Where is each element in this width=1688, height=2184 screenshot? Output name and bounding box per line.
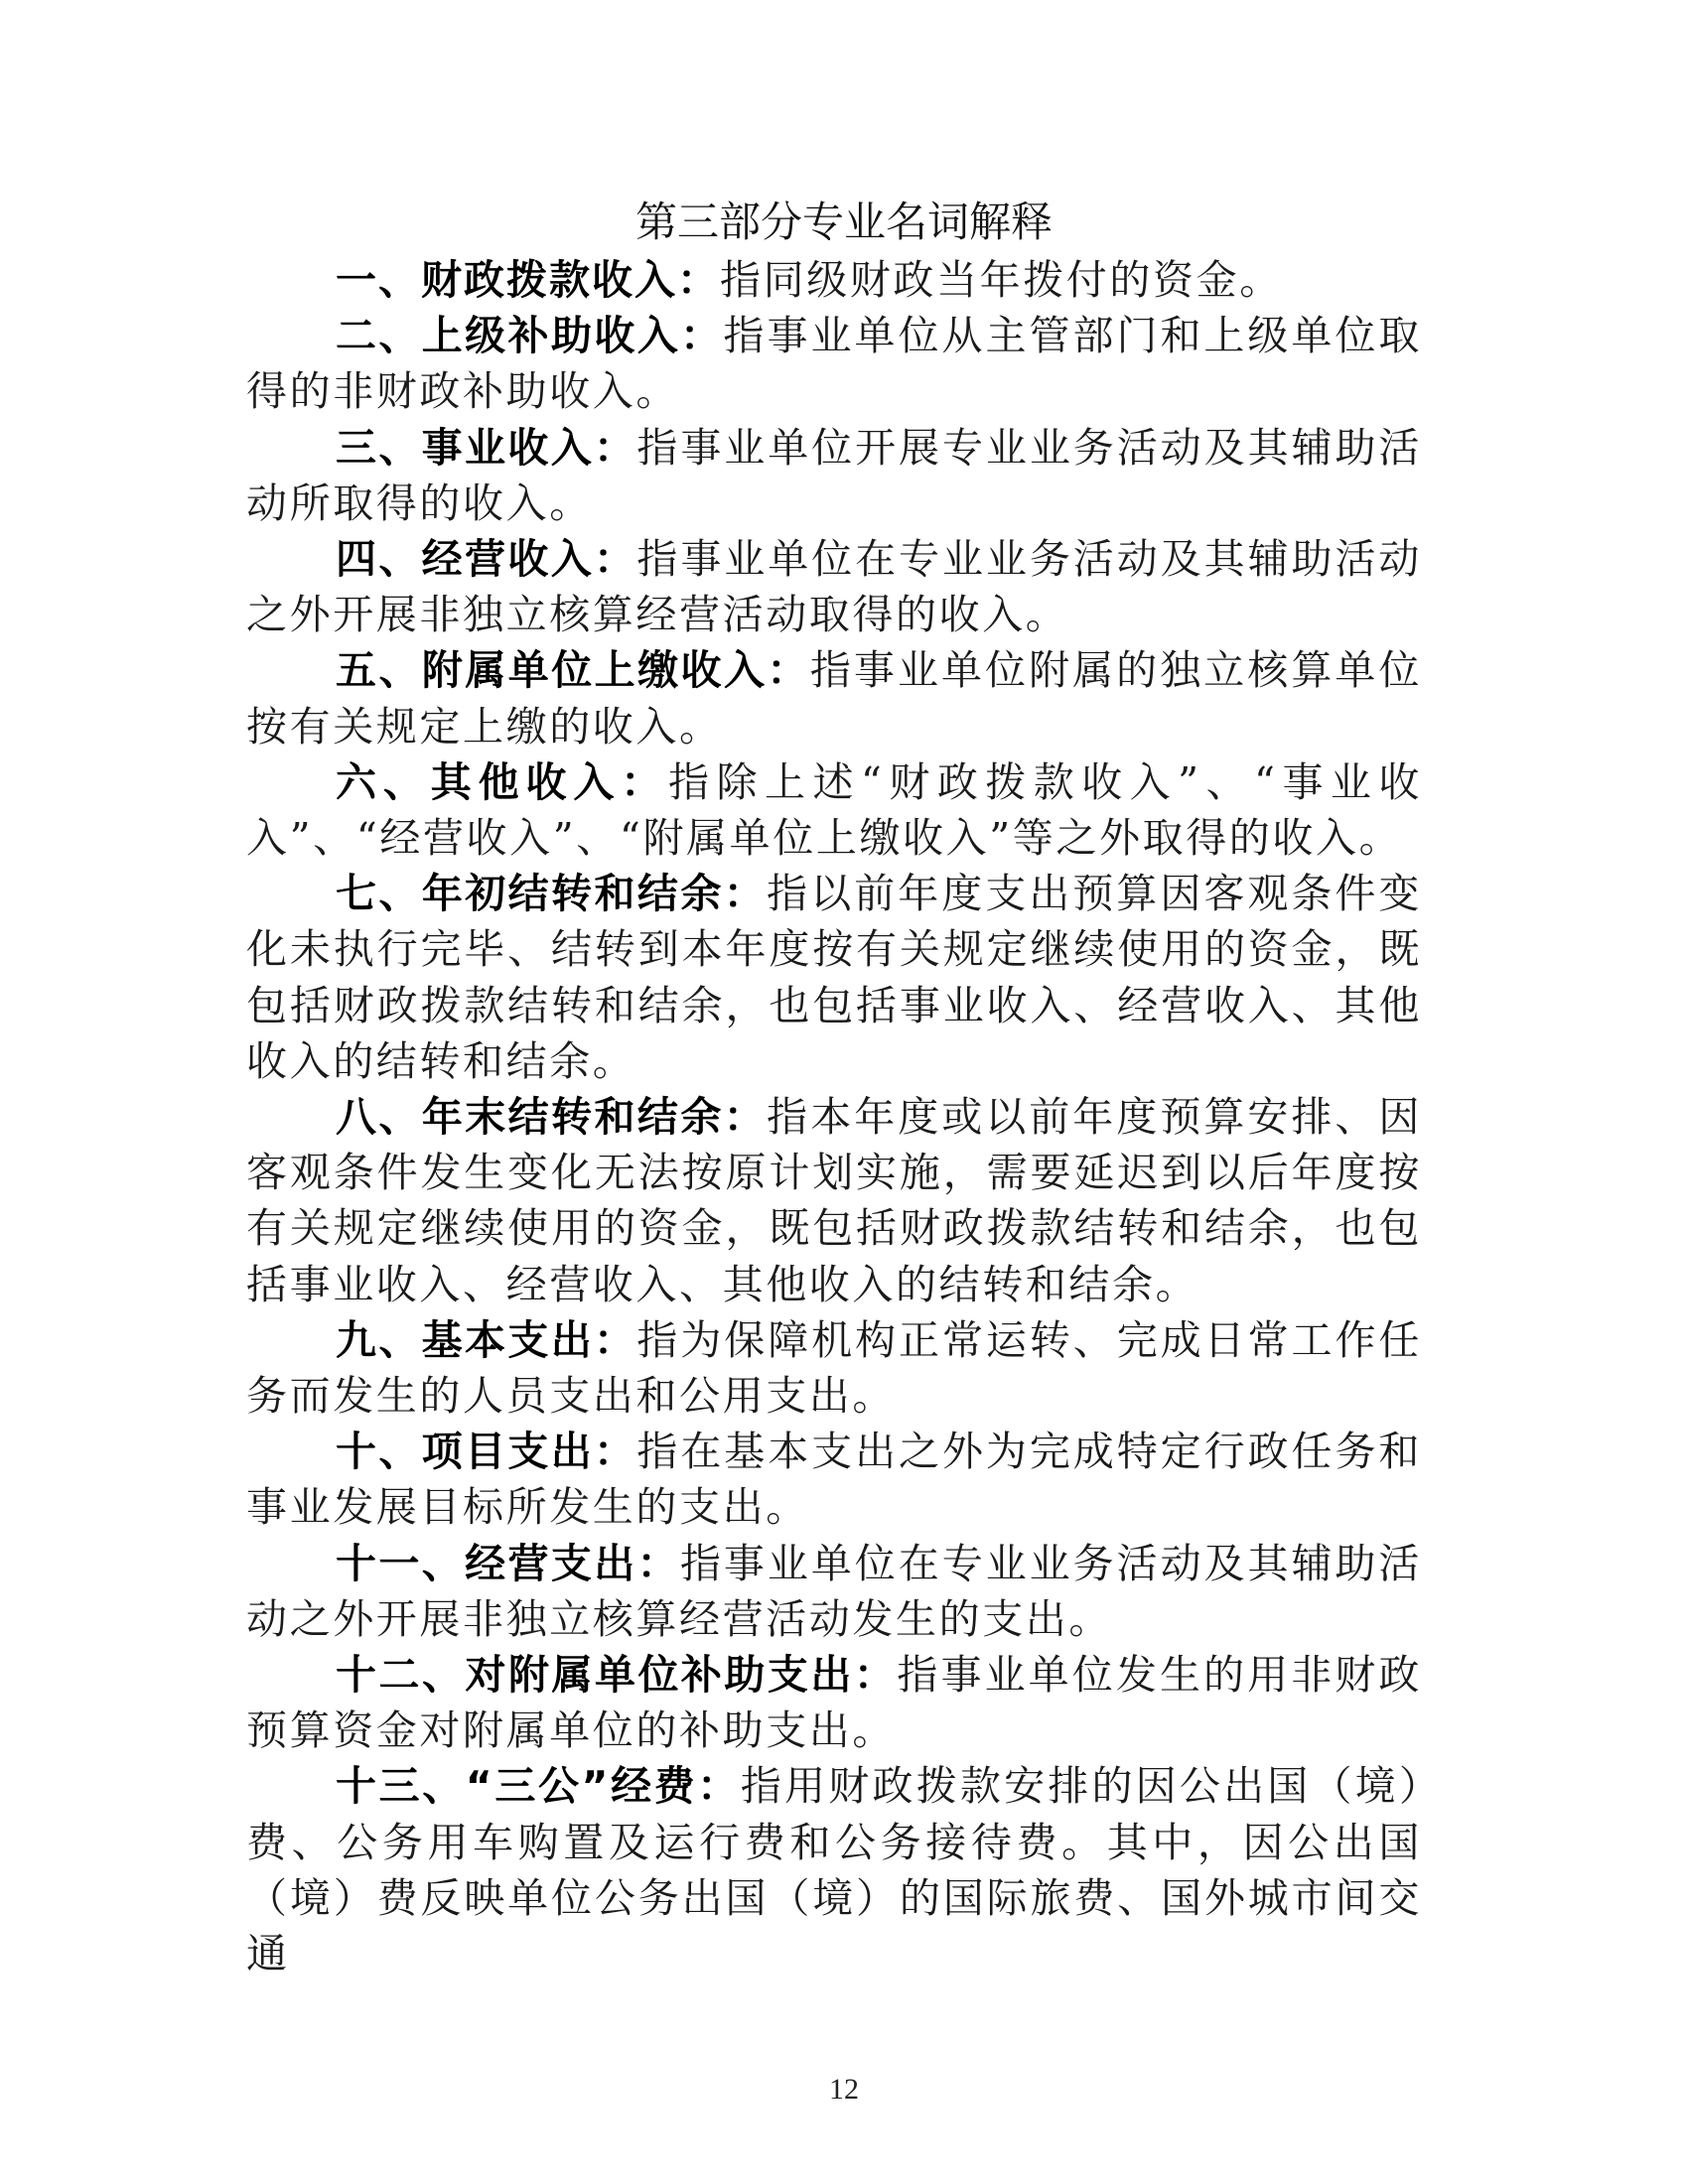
definition-paragraph: 十二、对附属单位补助支出：指事业单位发生的用非财政预算资金对附属单位的补助支出。 <box>246 1647 1422 1758</box>
definition-term: 五、附属单位上缴收入： <box>336 646 810 694</box>
definition-term: 八、年末结转和结余： <box>336 1093 767 1141</box>
page-title: 第三部分专业名词解释 <box>0 195 1688 250</box>
definition-paragraph: 七、年初结转和结余：指以前年度支出预算因客观条件变化未执行完毕、结转到本年度按有… <box>246 866 1422 1089</box>
definition-paragraph: 十、项目支出：指在基本支出之外为完成特定行政任务和事业发展目标所发生的支出。 <box>246 1424 1422 1535</box>
page-number: 12 <box>0 2073 1688 2107</box>
document-page: 第三部分专业名词解释 一、财政拨款收入：指同级财政当年拨付的资金。 二、上级补助… <box>0 0 1688 2184</box>
definition-paragraph: 九、基本支出：指为保障机构正常运转、完成日常工作任务而发生的人员支出和公用支出。 <box>246 1312 1422 1424</box>
definition-term: 四、经营收入： <box>336 535 636 583</box>
definition-paragraph: 十三、“三公”经费：指用财政拨款安排的因公出国（境）费、公务用车购置及运行费和公… <box>246 1758 1422 1981</box>
definition-paragraph: 二、上级补助收入：指事业单位从主管部门和上级单位取得的非财政补助收入。 <box>246 308 1422 419</box>
definition-term: 十、项目支出： <box>336 1428 636 1475</box>
definitions-body: 一、财政拨款收入：指同级财政当年拨付的资金。 二、上级补助收入：指事业单位从主管… <box>246 252 1422 1981</box>
definition-paragraph: 三、事业收入：指事业单位开展专业业务活动及其辅助活动所取得的收入。 <box>246 420 1422 531</box>
definition-term: 二、上级补助收入： <box>336 312 724 359</box>
definition-paragraph: 四、经营收入：指事业单位在专业业务活动及其辅助活动之外开展非独立核算经营活动取得… <box>246 531 1422 642</box>
definition-term: 九、基本支出： <box>336 1316 636 1364</box>
definition-paragraph: 八、年末结转和结余：指本年度或以前年度预算安排、因客观条件发生变化无法按原计划实… <box>246 1089 1422 1312</box>
definition-paragraph: 五、附属单位上缴收入：指事业单位附属的独立核算单位按有关规定上缴的收入。 <box>246 642 1422 753</box>
definition-paragraph: 一、财政拨款收入：指同级财政当年拨付的资金。 <box>246 252 1422 308</box>
definition-paragraph: 十一、经营支出：指事业单位在专业业务活动及其辅助活动之外开展非独立核算经营活动发… <box>246 1536 1422 1647</box>
definition-term: 一、财政拨款收入： <box>336 256 720 304</box>
definition-term: 六、其他收入： <box>336 758 668 806</box>
definition-term: 三、事业收入： <box>336 424 636 472</box>
definition-term: 十三、“三公”经费： <box>336 1762 741 1810</box>
definition-term: 十二、对附属单位补助支出： <box>336 1651 897 1699</box>
definition-term: 七、年初结转和结余： <box>336 870 767 917</box>
definition-paragraph: 六、其他收入：指除上述“财政拨款收入”、“事业收入”、“经营收入”、“附属单位上… <box>246 754 1422 866</box>
definition-term: 十一、经营支出： <box>336 1540 680 1587</box>
definition-text: 指同级财政当年拨付的资金。 <box>720 256 1283 304</box>
